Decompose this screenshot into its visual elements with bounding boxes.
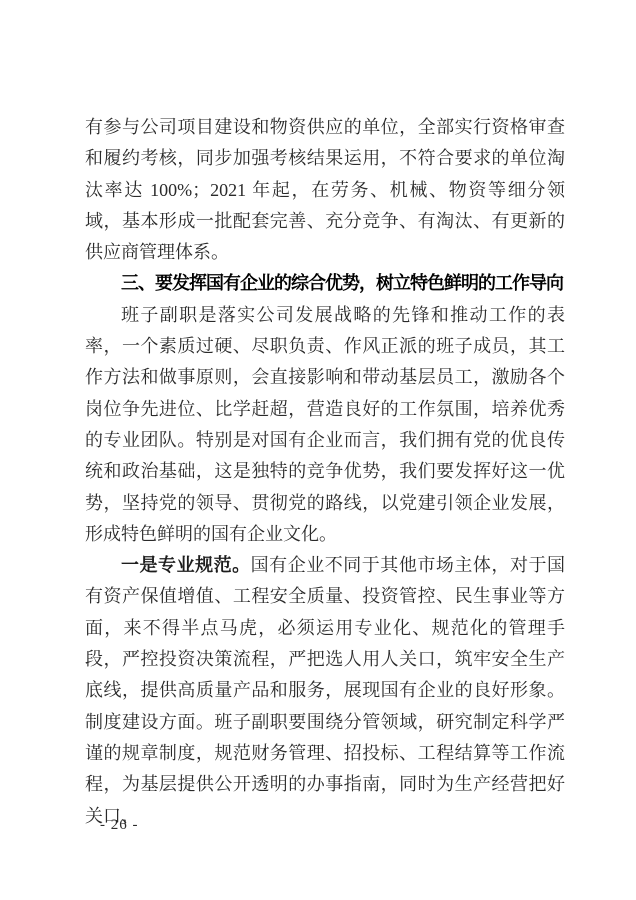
document-page: 有参与公司项目建设和物资供应的单位，全部实行资格审查和履约考核，同步加强考核结果… [0,0,636,900]
paragraph-lead-emphasis: 一是专业规范。 [121,555,251,575]
paragraph-deputy-role: 班子副职是落实公司发展战略的先锋和推动工作的表率，一个素质过硬、尽职负责、作风正… [85,300,565,550]
section-heading: 三、要发挥国有企业的综合优势，树立特色鲜明的工作导向 [85,268,565,299]
page-number: - 26 - [100,817,139,834]
paragraph-professional-standards: 一是专业规范。国有企业不同于其他市场主体，对于国有资产保值增值、工程安全质量、投… [85,550,565,832]
paragraph-lead-body: 国有企业不同于其他市场主体，对于国有资产保值增值、工程安全质量、投资管控、民生事… [85,555,565,825]
document-body: 有参与公司项目建设和物资供应的单位，全部实行资格审查和履约考核，同步加强考核结果… [85,112,565,832]
paragraph-continuation: 有参与公司项目建设和物资供应的单位，全部实行资格审查和履约考核，同步加强考核结果… [85,112,565,268]
